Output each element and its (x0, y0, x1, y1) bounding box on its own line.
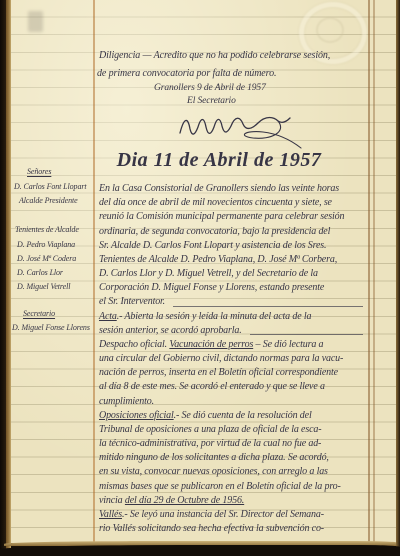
margin-name-vetrell: D. Miguel Vetrell (17, 282, 70, 291)
body-line-text: una circular del Gobierno civil, dictand… (99, 352, 343, 365)
diligencia-line-1: Diligencia — Acredito que no ha podido c… (99, 50, 330, 61)
margin-name-secretario: D. Miguel Fonse Llorens (12, 323, 90, 332)
body-line-text: ordinaria, de segunda convocatoria, bajo… (99, 225, 330, 238)
body-line-text: .- Se leyó una instancia del Sr. Directo… (122, 508, 324, 521)
body-line: cumplimiento. (99, 395, 371, 409)
margin-name-codera: D. José Mª Codera (17, 254, 76, 263)
body-line: rio Vallés solicitando sea hecha efectiv… (99, 522, 371, 536)
minutes-body: En la Casa Consistorial de Granollers si… (99, 182, 371, 536)
body-line: sesión anterior, se acordó aprobarla. (99, 324, 371, 338)
body-line: Vallés.- Se leyó una instancia del Sr. D… (99, 508, 371, 522)
body-line-text: mismas bases que se publicaron en el Bol… (99, 480, 341, 493)
body-line-text: Tribunal de oposiciones a una plaza de o… (99, 423, 321, 436)
body-line: una circular del Gobierno civil, dictand… (99, 352, 371, 366)
margin-heading-secretario: Secretario (23, 309, 55, 318)
ink-filler-line (250, 334, 363, 335)
body-line-text: D. Carlos Llor y D. Miguel Vetrell, y de… (99, 267, 318, 280)
body-line-text: sesión anterior, se acordó aprobarla. (99, 324, 242, 337)
body-line: nación de perros, inserta en el Boletín … (99, 366, 371, 380)
margin-heading-senores: Señores (27, 167, 51, 176)
body-line-underlined: Oposiciones oficial (99, 409, 174, 422)
body-line-text: al día 8 de este mes. Se acordó el enter… (99, 380, 325, 393)
body-line: mitido ninguno de los solicitantes a dic… (99, 451, 371, 465)
body-line: el Sr. Interventor. (99, 295, 371, 309)
left-margin-rule-line (93, 0, 95, 543)
body-line-text: en su vista, convocar nuevas oposiciones… (99, 465, 328, 478)
body-line-underlined: del día 29 de Octubre de 1956. (125, 494, 244, 507)
body-line: Acta.- Abierta la sesión y leída la minu… (99, 310, 371, 324)
body-line-text: Sr. Alcalde D. Carlos Font Llopart y asi… (99, 239, 326, 252)
diligencia-line-2: de primera convocatoria por falta de núm… (97, 68, 276, 79)
ink-filler-line (173, 306, 363, 307)
body-line-text: En la Casa Consistorial de Granollers si… (99, 182, 339, 195)
body-line-text: Tenientes de Alcalde D. Pedro Viaplana, … (99, 253, 337, 266)
margin-role-alcalde: Alcalde Presidente (19, 196, 78, 205)
body-line: ordinaria, de segunda convocatoria, bajo… (99, 225, 371, 239)
embossed-seal-inner-ring (316, 17, 344, 43)
book-bottom-edge (0, 545, 400, 556)
body-line-text: rio Vallés solicitando sea hecha efectiv… (99, 522, 324, 535)
body-line-text: .- Se dió cuenta de la resolución del (174, 409, 312, 422)
body-line-text: la técnico-administrativa, por virtud de… (99, 437, 321, 450)
body-line: en su vista, convocar nuevas oposiciones… (99, 465, 371, 479)
body-line: del día once de abril de mil novecientos… (99, 196, 371, 210)
body-line: reunió la Comisión municipal permanente … (99, 210, 371, 224)
body-line-text: cumplimiento. (99, 395, 154, 408)
diligencia-place-date: Granollers 9 de Abril de 1957 (154, 83, 266, 93)
document-photo: { "colors": { "ink": "#373545", "page": … (0, 0, 400, 556)
body-line-text: nación de perros, inserta en el Boletín … (99, 366, 338, 379)
body-line-text: reunió la Comisión municipal permanente … (99, 210, 344, 223)
body-line-text: el Sr. Interventor. (99, 295, 165, 308)
margin-name-alcalde: D. Carlos Font Llopart (14, 182, 86, 191)
body-line: En la Casa Consistorial de Granollers si… (99, 182, 371, 196)
session-title: Dia 11 de Abril de 1957 (104, 149, 334, 172)
body-line-underlined: Acta (99, 310, 117, 323)
margin-name-llor: D. Carlos Llor (17, 268, 63, 277)
margin-name-viaplana: D. Pedro Viaplana (17, 240, 75, 249)
body-line-text: Despacho oficial. (99, 338, 169, 351)
body-line: Despacho oficial. Vacunación de perros –… (99, 338, 371, 352)
body-line: Sr. Alcalde D. Carlos Font Llopart y asi… (99, 239, 371, 253)
body-line: Tribunal de oposiciones a una plaza de o… (99, 423, 371, 437)
right-margin-rule-line-2 (373, 0, 375, 543)
body-line: vincia del día 29 de Octubre de 1956. (99, 494, 371, 508)
body-line: D. Carlos Llor y D. Miguel Vetrell, y de… (99, 267, 371, 281)
body-line-text: del día once de abril de mil novecientos… (99, 196, 332, 209)
body-line-text: vincia (99, 494, 125, 507)
body-line: la técnico-administrativa, por virtud de… (99, 437, 371, 451)
body-line-underlined: Vacunación de perros (169, 338, 253, 351)
ledger-page: Diligencia — Acredito que no ha podido c… (11, 0, 396, 543)
body-line: Corporación D. Miguel Fonse y Llorens, e… (99, 281, 371, 295)
body-line-text: .- Abierta la sesión y leída la minuta d… (117, 310, 312, 323)
body-line: Oposiciones oficial.- Se dió cuenta de l… (99, 409, 371, 423)
page-stack-right-edge (396, 0, 400, 556)
body-line: al día 8 de este mes. Se acordó el enter… (99, 380, 371, 394)
faint-page-number-stamp (28, 11, 43, 32)
body-line: Tenientes de Alcalde D. Pedro Viaplana, … (99, 253, 371, 267)
body-line: mismas bases que se publicaron en el Bol… (99, 480, 371, 494)
margin-role-tenientes: Tenientes de Alcalde (15, 225, 79, 234)
body-line-text: – Se dió lectura a (253, 338, 323, 351)
body-line-underlined: Vallés (99, 508, 122, 521)
body-line-text: Corporación D. Miguel Fonse y Llorens, e… (99, 281, 324, 294)
body-line-text: mitido ninguno de los solicitantes a dic… (99, 451, 329, 464)
